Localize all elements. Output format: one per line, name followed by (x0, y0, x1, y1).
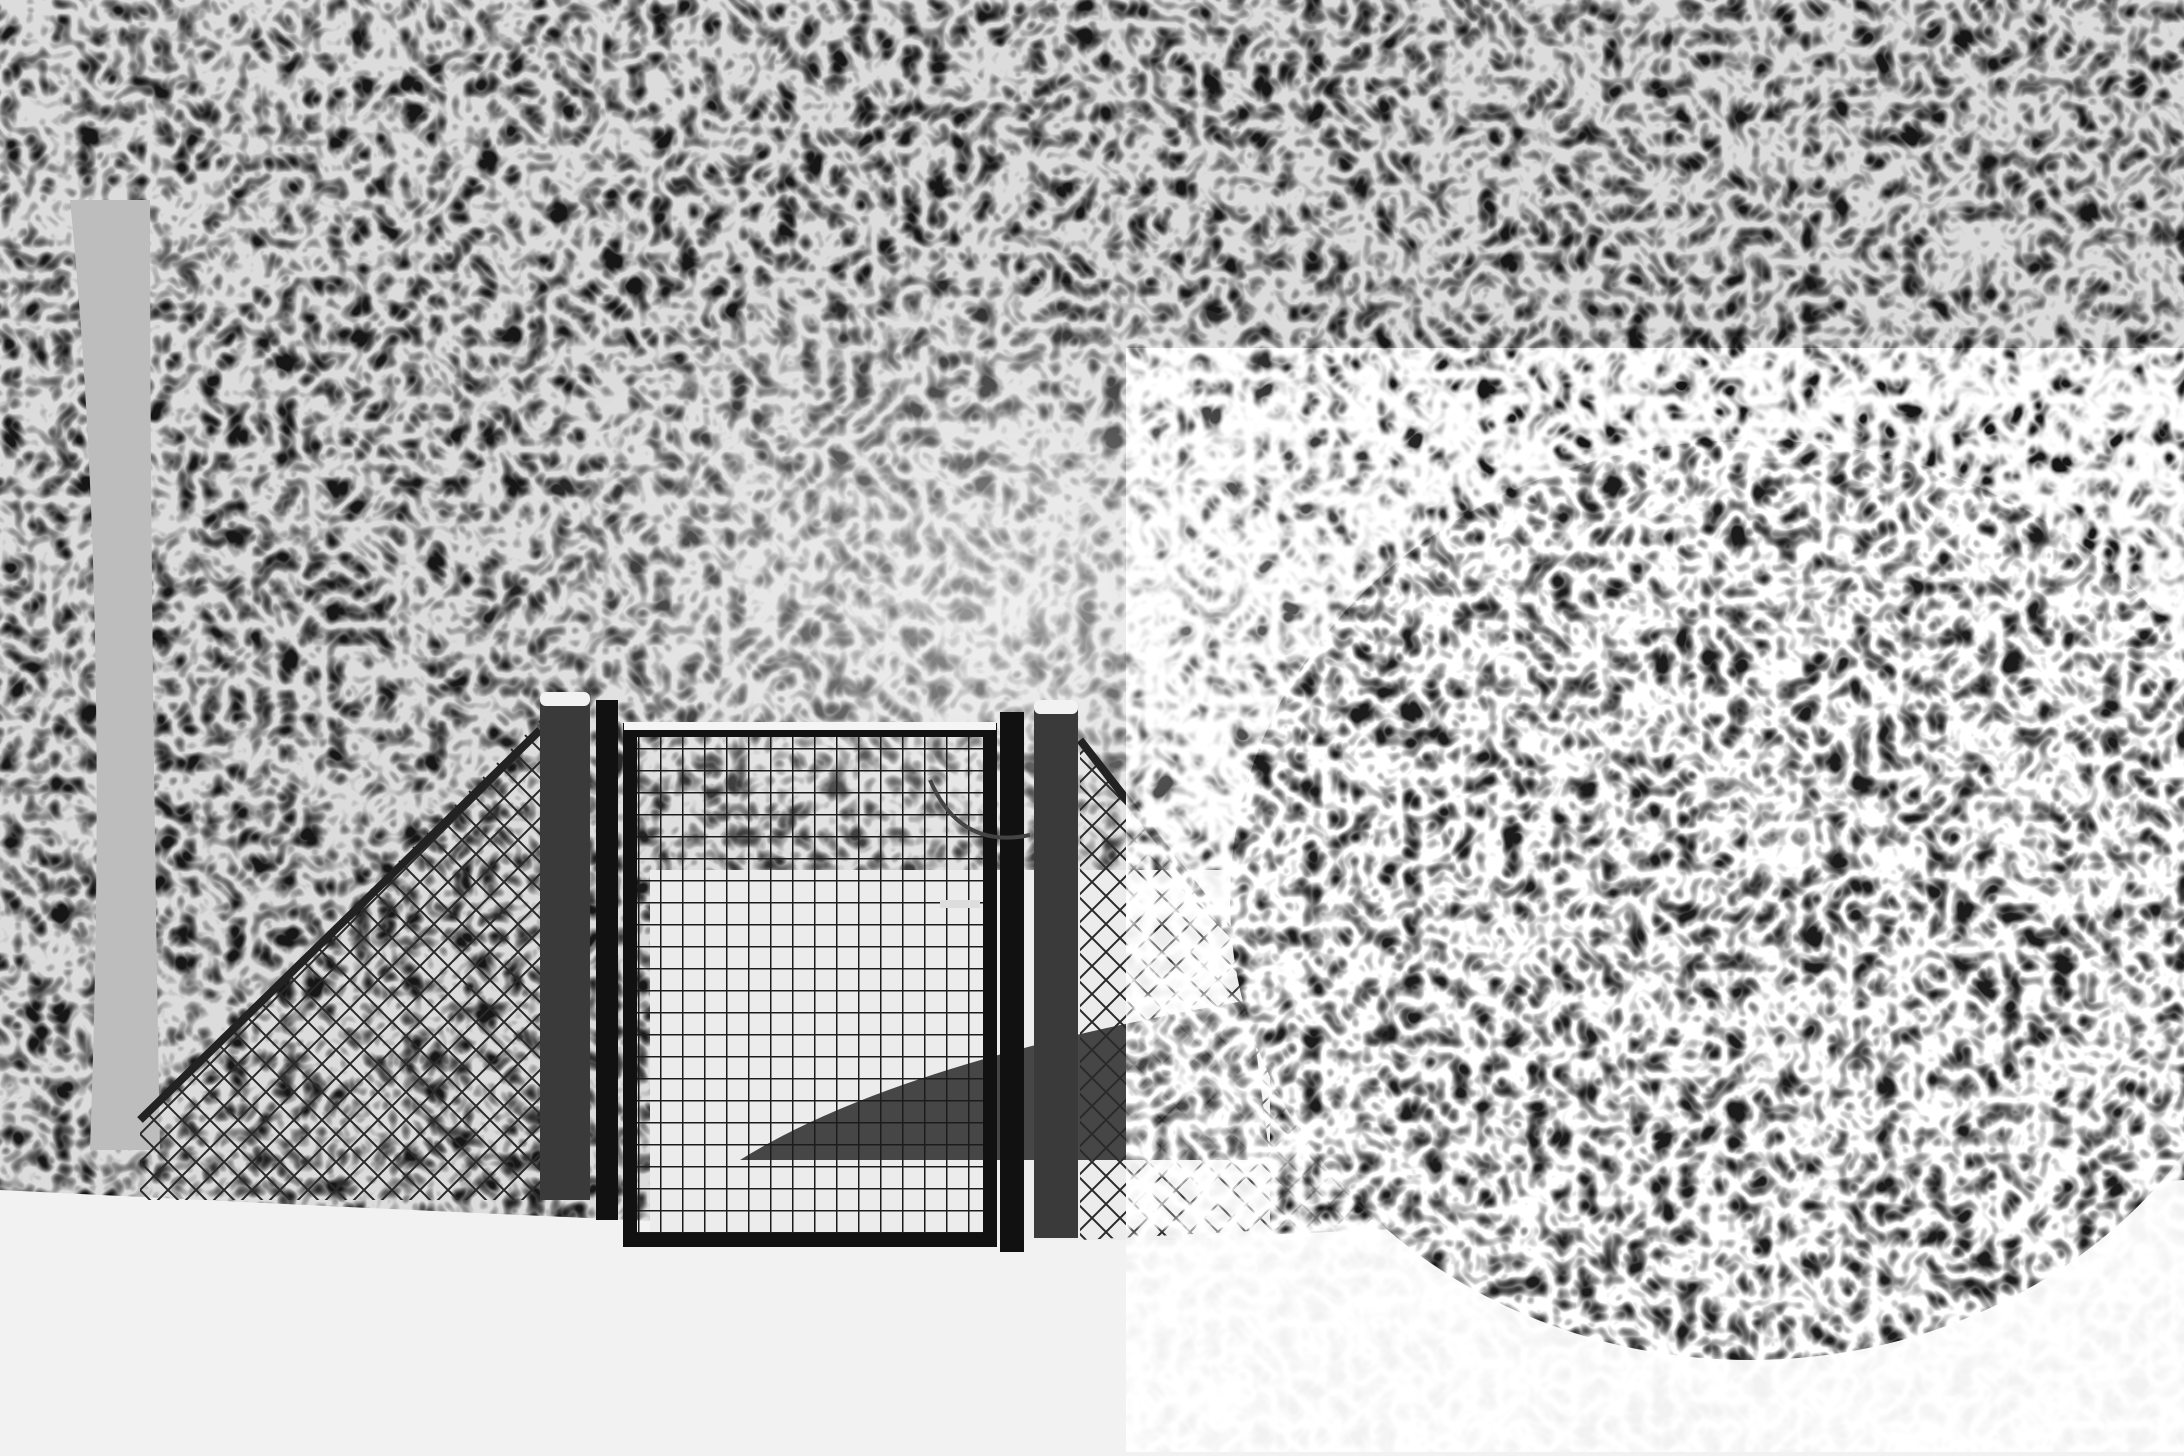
snow-cap-right (1034, 700, 1078, 714)
photo-scene (0, 0, 2184, 1456)
gate-latch-post (1000, 712, 1024, 1252)
gate-handle (940, 900, 980, 908)
concrete-post-left (540, 700, 590, 1200)
concrete-post-right (1034, 708, 1078, 1238)
gate-hinge-post (596, 700, 618, 1220)
gate-top-snow (624, 722, 996, 730)
gate-mesh (630, 730, 990, 1240)
snowy-gate-photo (0, 0, 2184, 1456)
snow-cap-left (540, 692, 590, 706)
